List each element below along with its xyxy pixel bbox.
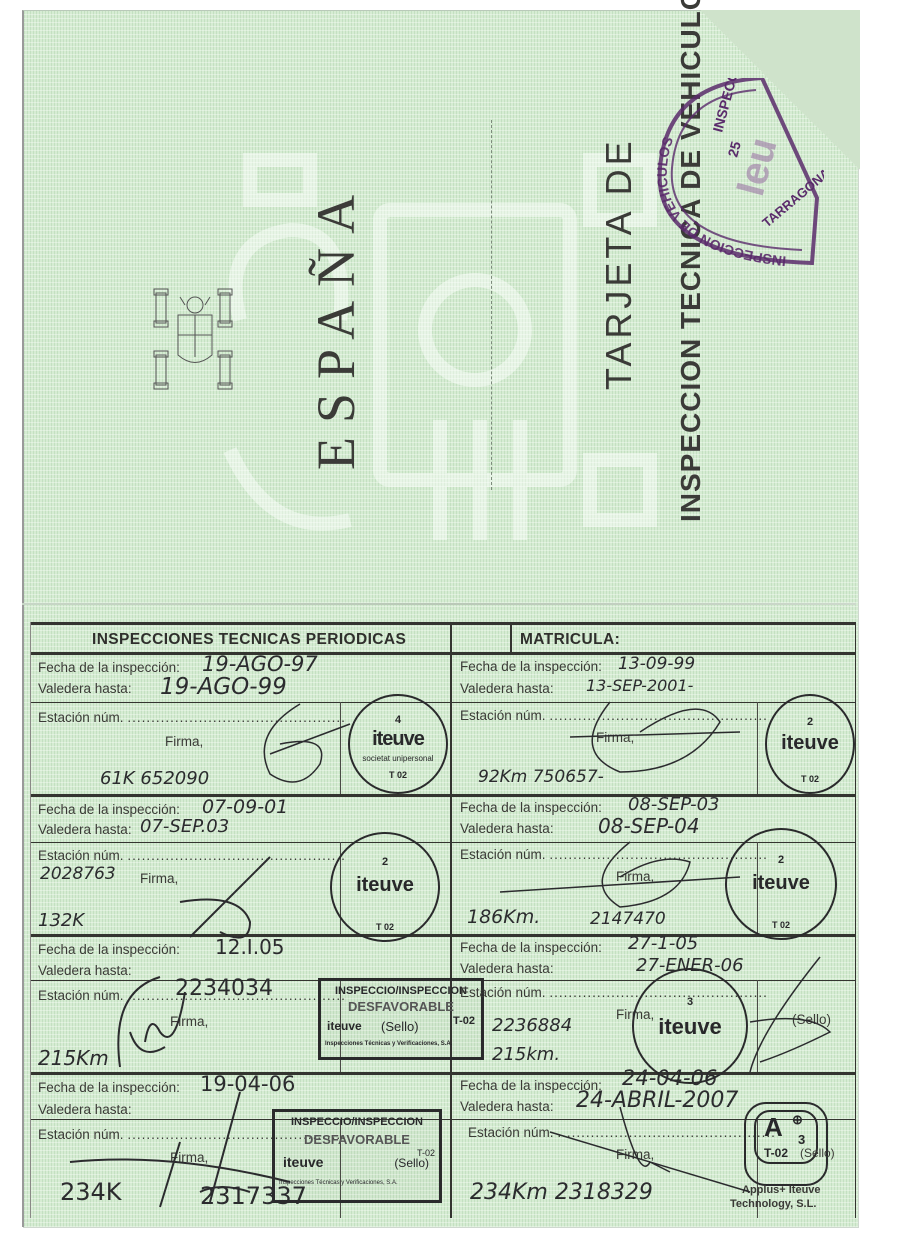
odometer-note: 132K (38, 910, 84, 931)
signature-scribble (720, 952, 840, 1082)
inspection-date-value: 13-09-99 (618, 654, 695, 674)
odometer-note: 215km. (492, 1044, 560, 1065)
signature-scribble (490, 832, 750, 912)
signature-scribble (150, 852, 300, 942)
signature-scribble (540, 1102, 760, 1202)
odometer-note: 61K 652090 (100, 768, 209, 789)
signature-label: Firma, (165, 734, 203, 749)
signature-scribble (50, 1082, 330, 1212)
fold-line (22, 603, 856, 605)
inspection-date-label: Fecha de la inspección: (38, 802, 180, 817)
inspection-date-label: Fecha de la inspección: (460, 940, 602, 955)
inspection-date-value: 27-1-05 (628, 933, 698, 954)
valid-until-value: 07-SEP.03 (140, 816, 229, 837)
iteuve-stamp: 4 iteuve societat unipersonal T 02 (348, 694, 448, 794)
inspection-date-label: Fecha de la inspección: (38, 942, 180, 957)
seal-label: (Sello) (800, 1146, 835, 1160)
inspection-date-value: 24-04-06 (622, 1066, 717, 1090)
signature-scribble (240, 694, 360, 794)
station-number-note: 2236884 (492, 1015, 572, 1036)
purple-office-stamp: INSPECCION DE VEHICULOS INSPECCIONS Y VE… (652, 78, 824, 268)
coat-of-arms-icon (150, 285, 240, 395)
inspection-date-label: Fecha de la inspección: (460, 659, 602, 674)
signature-scribble (550, 692, 750, 782)
valid-until-label: Valedera hasta: (38, 681, 132, 696)
iteuve-stamp: 2 iteuve T 02 (330, 832, 440, 942)
inspections-table: INSPECCIONES TECNICAS PERIODICAS MATRICU… (30, 622, 856, 1218)
country-title: ESPAÑA (305, 181, 367, 470)
valid-until-label: Valedera hasta: (460, 961, 554, 976)
inspection-date-value: 12.I.05 (215, 935, 285, 959)
inspection-date-label: Fecha de la inspección: (460, 800, 602, 815)
cover-divider (491, 120, 492, 490)
inspection-date-value: 19-AGO-97 (202, 652, 318, 676)
license-plate-label: MATRICULA: (520, 631, 620, 649)
signature-scribble (90, 972, 230, 1072)
card-title-line1: TARJETA DE (598, 137, 640, 390)
inspection-date-value: 07-09-01 (202, 796, 288, 818)
iteuve-stamp: 2 iteuve T 02 (765, 694, 855, 794)
inspection-date-value: 08-SEP-03 (628, 794, 719, 815)
periodic-inspections-header: INSPECCIONES TECNICAS PERIODICAS (92, 631, 406, 649)
valid-until-label: Valedera hasta: (460, 681, 554, 696)
inspection-date-label: Fecha de la inspección: (38, 660, 180, 675)
station-number-note: 2147470 (590, 909, 666, 929)
valid-until-label: Valedera hasta: (38, 822, 132, 837)
station-number-note: 2028763 (40, 864, 116, 884)
